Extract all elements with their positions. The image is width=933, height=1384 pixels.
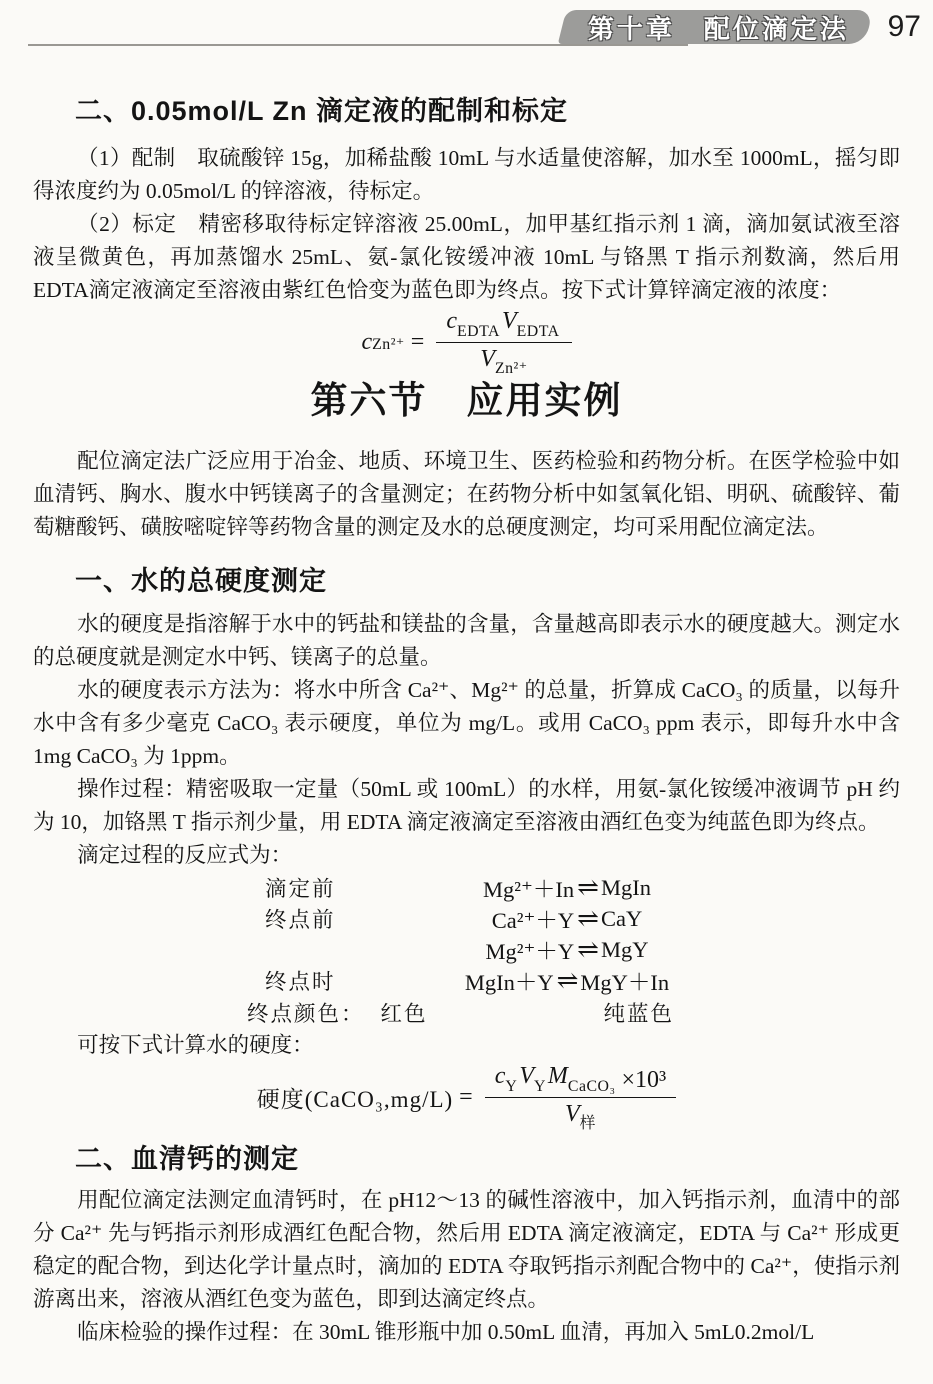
equilibrium-arrow-icon: ⇌ [577, 873, 598, 903]
equals-sign: = [459, 1084, 473, 1111]
endpoint-color-row: 终点颜色： 红色 纯蓝色 [247, 996, 900, 1029]
equation-row-mg: Mg²⁺＋Y⇌MgY [265, 934, 900, 965]
formula-zn-num-term-1: cEDTA [446, 308, 500, 339]
chapter-title: 第十章 配位滴定法 [588, 9, 849, 46]
page-number: 97 [888, 10, 921, 44]
formula-hardness-numerator: cY VY MCaCO₃ ×10³ [485, 1063, 677, 1098]
formula-zn-num-term-2: VEDTA [502, 308, 560, 339]
heading-serum-calcium: 二、血清钙的测定 [33, 1142, 900, 1176]
formula-hardness-fraction: cY VY MCaCO₃ ×10³ V样 [485, 1063, 677, 1132]
equation-row-before-titration: 滴定前 Mg²⁺＋In⇌MgIn [265, 872, 900, 903]
formula-zn-lhs-sub: Zn²⁺ [372, 334, 405, 354]
para-hardness-definition: 水的硬度是指溶解于水中的钙盐和镁盐的含量，含量越高即表示水的硬度越大。测定水的总… [33, 608, 900, 674]
equation-body: Mg²⁺＋Y⇌MgY [397, 934, 737, 966]
para-zn-preparation: （1）配制 取硫酸锌 15g，加稀盐酸 10mL 与水适量使溶解，加水至 100… [33, 142, 900, 208]
chapter-badge: 第十章 配位滴定法 [558, 10, 873, 44]
equilibrium-arrow-icon: ⇌ [557, 966, 578, 996]
formula-hardness-lhs: 硬度(CaCO₃,mg/L) [257, 1081, 453, 1114]
formula-zn-concentration: cZn²⁺ = cEDTA VEDTA VZn²⁺ [33, 313, 900, 371]
equation-stage-label: 滴定前 [265, 872, 397, 903]
page-header: 第十章 配位滴定法 97 [0, 0, 933, 56]
formula-hardness-num-tail: ×10³ [622, 1067, 667, 1094]
formula-zn-denominator: VZn²⁺ [480, 343, 527, 377]
endpoint-color-before: 红色 [381, 997, 428, 1028]
formula-hardness-denominator: V样 [565, 1098, 596, 1132]
equation-stage-label: 终点时 [265, 965, 397, 996]
para-hardness-procedure: 操作过程：精密吸取一定量（50mL 或 100mL）的水样，用氨-氯化铵缓冲液调… [33, 773, 900, 839]
equation-row-before-endpoint: 终点前 Ca²⁺＋Y⇌CaY [265, 903, 900, 934]
para-serum-principle: 用配位滴定法测定血清钙时，在 pH12～13 的碱性溶液中，加入钙指示剂，血清中… [33, 1184, 900, 1316]
page-content: 二、0.05mol/L Zn 滴定液的配制和标定 （1）配制 取硫酸锌 15g，… [33, 60, 900, 1349]
heading-water-hardness: 一、水的总硬度测定 [33, 564, 900, 598]
para-hardness-expression: 水的硬度表示方法为：将水中所含 Ca²⁺、Mg²⁺ 的总量，折算成 CaCO₃ … [33, 674, 900, 773]
formula-zn-lhs-var: c [361, 329, 372, 356]
para-zn-standardization: （2）标定 精密移取待标定锌溶液 25.00mL，加甲基红指示剂 1 滴，滴加氨… [33, 208, 900, 307]
equation-body: MgIn＋Y⇌MgY＋In [397, 965, 737, 997]
equals-sign: = [411, 329, 425, 356]
equilibrium-arrow-icon: ⇌ [577, 904, 598, 934]
equation-body: Ca²⁺＋Y⇌CaY [397, 903, 737, 935]
formula-zn-numerator: cEDTA VEDTA [436, 308, 571, 343]
equation-stage-label: 终点前 [265, 903, 397, 934]
section-title: 第六节 应用实例 [33, 377, 900, 427]
endpoint-color-after: 纯蓝色 [604, 997, 675, 1028]
formula-hardness-num-term-1: cY [495, 1063, 518, 1094]
para-reactions-intro: 滴定过程的反应式为： [33, 839, 900, 872]
para-serum-clinical-procedure: 临床检验的操作过程：在 30mL 锥形瓶中加 0.50mL 血清，再加入 5mL… [33, 1316, 900, 1349]
titration-equations: 滴定前 Mg²⁺＋In⇌MgIn 终点前 Ca²⁺＋Y⇌CaY Mg²⁺＋Y⇌M… [265, 872, 900, 1029]
formula-zn-fraction: cEDTA VEDTA VZn²⁺ [436, 308, 571, 377]
para-hardness-formula-intro: 可按下式计算水的硬度： [33, 1029, 900, 1062]
formula-hardness-num-term-2: VY [519, 1063, 546, 1094]
textbook-page: 第十章 配位滴定法 97 二、0.05mol/L Zn 滴定液的配制和标定 （1… [0, 0, 933, 1384]
equilibrium-arrow-icon: ⇌ [577, 935, 598, 965]
formula-water-hardness: 硬度(CaCO₃,mg/L) = cY VY MCaCO₃ ×10³ V样 [33, 1066, 900, 1128]
equation-row-at-endpoint: 终点时 MgIn＋Y⇌MgY＋In [265, 965, 900, 996]
para-section-intro: 配位滴定法广泛应用于冶金、地质、环境卫生、医药检验和药物分析。在医学检验中如血清… [33, 445, 900, 544]
formula-hardness-num-term-3: MCaCO₃ [548, 1063, 616, 1094]
equation-body: Mg²⁺＋In⇌MgIn [397, 872, 737, 904]
heading-zn-titrant: 二、0.05mol/L Zn 滴定液的配制和标定 [33, 94, 900, 128]
endpoint-color-label: 终点颜色： [247, 997, 365, 1028]
